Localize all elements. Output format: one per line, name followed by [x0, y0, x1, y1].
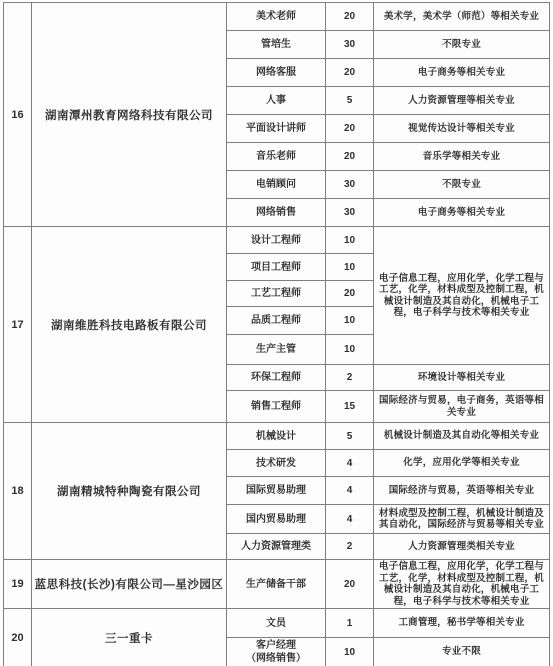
- count-cell: 30: [326, 171, 374, 199]
- row-number-cell: 17: [4, 227, 32, 423]
- merged-major-cell: 电子信息工程，应用化学，化学工程与工艺，化学，材料成型及控制工程，机械设计制造及…: [374, 227, 550, 365]
- row-number-cell: 16: [4, 3, 32, 227]
- position-cell: 音乐老师: [227, 143, 326, 171]
- position-cell: 电销顾问: [227, 171, 326, 199]
- position-cell: 技术研发: [227, 450, 326, 477]
- position-cell: 文员: [227, 609, 326, 638]
- count-cell: 10: [326, 254, 374, 281]
- position-cell: 网络客服: [227, 59, 326, 87]
- count-cell: 20: [326, 115, 374, 143]
- major-cell: 工商管理，秘书学等相关专业: [374, 609, 550, 638]
- count-cell: 2: [326, 534, 374, 560]
- major-cell: 视觉传达设计等相关专业: [374, 115, 550, 143]
- major-cell: 环境设计等相关专业: [374, 365, 550, 391]
- position-cell: 品质工程师: [227, 307, 326, 335]
- count-cell: 30: [326, 199, 374, 227]
- count-cell: 10: [326, 307, 374, 335]
- major-cell: 人力资源管理等相关专业: [374, 87, 550, 115]
- company-cell: 湖南潭州教育网络科技有限公司: [32, 3, 227, 227]
- major-cell: 电子商务等相关专业: [374, 199, 550, 227]
- company-cell: 湖南维胜科技电路板有限公司: [32, 227, 227, 423]
- major-cell: 机械设计制造及其自动化等相关专业: [374, 423, 550, 450]
- position-cell: 环保工程师: [227, 365, 326, 391]
- count-cell: 1: [326, 609, 374, 638]
- major-cell: 不限专业: [374, 31, 550, 59]
- recruitment-table-page: 16 湖南潭州教育网络科技有限公司 美术老师 20 美术学，美术学（师范）等相关…: [0, 2, 553, 666]
- position-cell: 工艺工程师: [227, 281, 326, 307]
- position-cell: 平面设计讲师: [227, 115, 326, 143]
- count-cell: 4: [326, 477, 374, 505]
- major-cell: 国际经济与贸易，英语等相关专业: [374, 477, 550, 505]
- count-cell: 5: [326, 87, 374, 115]
- position-cell: 设计工程师: [227, 227, 326, 254]
- count-cell: 20: [326, 3, 374, 31]
- position-cell: 美术老师: [227, 3, 326, 31]
- position-cell: 人事: [227, 87, 326, 115]
- count-cell: 10: [326, 638, 374, 666]
- position-cell: 客户经理 （网络销售）: [227, 638, 326, 666]
- table-row: 20 三一重卡 文员 1 工商管理，秘书学等相关专业: [4, 609, 550, 638]
- row-number-cell: 19: [4, 560, 32, 609]
- position-cell: 销售工程师: [227, 391, 326, 423]
- major-cell: 音乐学等相关专业: [374, 143, 550, 171]
- row-number-cell: 20: [4, 609, 32, 666]
- position-cell: 生产主管: [227, 335, 326, 365]
- count-cell: 2: [326, 365, 374, 391]
- company-cell: 湖南精城特种陶瓷有限公司: [32, 423, 227, 560]
- count-cell: 4: [326, 450, 374, 477]
- position-cell: 管培生: [227, 31, 326, 59]
- table-row: 19 蓝思科技(长沙)有限公司—星沙园区 生产储备干部 20 电子信息工程，应用…: [4, 560, 550, 609]
- major-cell: 专业不限: [374, 638, 550, 666]
- major-cell: 人力资源管理类相关专业: [374, 534, 550, 560]
- major-cell: 电子商务等相关专业: [374, 59, 550, 87]
- count-cell: 20: [326, 560, 374, 609]
- table-row: 16 湖南潭州教育网络科技有限公司 美术老师 20 美术学，美术学（师范）等相关…: [4, 3, 550, 31]
- row-number-cell: 18: [4, 423, 32, 560]
- count-cell: 20: [326, 281, 374, 307]
- count-cell: 15: [326, 391, 374, 423]
- position-cell: 网络销售: [227, 199, 326, 227]
- recruitment-table: 16 湖南潭州教育网络科技有限公司 美术老师 20 美术学，美术学（师范）等相关…: [3, 2, 550, 666]
- major-cell: 国际经济与贸易，电子商务，英语等相关专业: [374, 391, 550, 423]
- major-cell: 电子信息工程，应用化学，化学工程与工艺，化学，材料成型及控制工程，机械设计制造及…: [374, 560, 550, 609]
- position-cell: 机械设计: [227, 423, 326, 450]
- company-cell: 蓝思科技(长沙)有限公司—星沙园区: [32, 560, 227, 609]
- count-cell: 30: [326, 31, 374, 59]
- count-cell: 20: [326, 143, 374, 171]
- major-cell: 不限专业: [374, 171, 550, 199]
- table-row: 18 湖南精城特种陶瓷有限公司 机械设计 5 机械设计制造及其自动化等相关专业: [4, 423, 550, 450]
- table-row: 17 湖南维胜科技电路板有限公司 设计工程师 10 电子信息工程，应用化学，化学…: [4, 227, 550, 254]
- major-cell: 材料成型及控制工程，机械设计制造及其自动化，国际经济与贸易等相关专业: [374, 505, 550, 534]
- major-cell: 美术学，美术学（师范）等相关专业: [374, 3, 550, 31]
- position-cell: 项目工程师: [227, 254, 326, 281]
- count-cell: 5: [326, 423, 374, 450]
- position-cell: 国际贸易助理: [227, 477, 326, 505]
- count-cell: 10: [326, 335, 374, 365]
- count-cell: 10: [326, 227, 374, 254]
- position-cell: 生产储备干部: [227, 560, 326, 609]
- position-cell: 人力资源管理类: [227, 534, 326, 560]
- major-cell: 化学，应用化学等相关专业: [374, 450, 550, 477]
- position-cell: 国内贸易助理: [227, 505, 326, 534]
- count-cell: 4: [326, 505, 374, 534]
- count-cell: 20: [326, 59, 374, 87]
- company-cell: 三一重卡: [32, 609, 227, 666]
